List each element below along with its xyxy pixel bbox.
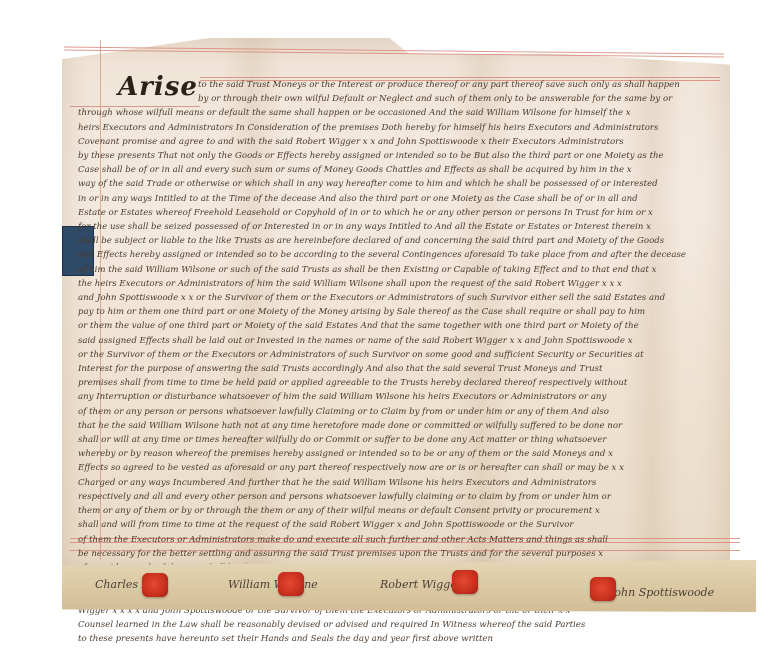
text-line: Counsel learned in the Law shall be reas… (78, 618, 718, 632)
text-line: Effects so agreed to be vested as afores… (78, 461, 718, 475)
wax-seal-icon (278, 572, 304, 596)
text-line: them or any of them or by or through the… (78, 504, 718, 518)
signature: Robert Wigger (380, 578, 462, 591)
text-line: Interest for the purpose of answering th… (78, 362, 718, 376)
text-line: shall and will from time to time at the … (78, 518, 718, 532)
text-line: of them the Executors or Administrators … (78, 533, 718, 547)
text-line: or them the value of one third part or M… (78, 319, 718, 333)
text-line: heirs Executors and Administrators In Co… (78, 121, 718, 135)
text-line: of him the said William Wilsone or such … (78, 263, 718, 277)
wax-seal-icon (590, 577, 616, 601)
text-line: to the said Trust Moneys or the Interest… (78, 78, 718, 92)
text-line: that he the said William Wilsone hath no… (78, 419, 718, 433)
text-line: any Interruption or disturbance whatsoev… (78, 390, 718, 404)
text-line: pay to him or them one third part or one… (78, 305, 718, 319)
text-line: respectively and all and every other per… (78, 490, 718, 504)
document-body: to the said Trust Moneys or the Interest… (78, 78, 718, 646)
text-line: for the use shall be seized possessed of… (78, 220, 718, 234)
text-line: shall be subject or liable to the like T… (78, 234, 718, 248)
text-line: said assigned Effects shall be laid out … (78, 334, 718, 348)
text-line: Covenant promise and agree to and with t… (78, 135, 718, 149)
text-line: in or in any ways Intitled to at the Tim… (78, 192, 718, 206)
text-line: and Effects hereby assigned or intended … (78, 248, 718, 262)
text-line: Estate or Estates whereof Freehold Lease… (78, 206, 718, 220)
text-line: Case shall be of or in all and every suc… (78, 163, 718, 177)
text-line: by or through their own wilful Default o… (78, 92, 718, 106)
text-line: or the Survivor of them or the Executors… (78, 348, 718, 362)
text-line: to these presents have hereunto set thei… (78, 632, 718, 646)
text-line: Charged or any ways Incumbered And furth… (78, 476, 718, 490)
text-line: through whose wilfull means or default t… (78, 106, 718, 120)
signature: William Wilsone (228, 578, 318, 591)
wax-seal-icon (142, 573, 168, 597)
signature: John Spottiswoode (610, 586, 714, 599)
text-line: by these presents That not only the Good… (78, 149, 718, 163)
text-line: shall or will at any time or times herea… (78, 433, 718, 447)
wax-seal-icon (452, 570, 478, 594)
text-line: be necessary for the better settling and… (78, 547, 718, 561)
text-line: way of the said Trade or otherwise or wh… (78, 177, 718, 191)
text-line: premises shall from time to time be held… (78, 376, 718, 390)
text-line: of them or any person or persons whatsoe… (78, 405, 718, 419)
text-line: the heirs Executors or Administrators of… (78, 277, 718, 291)
text-line: whereby or by reason whereof the premise… (78, 447, 718, 461)
text-line: and John Spottiswoode x x or the Survivo… (78, 291, 718, 305)
